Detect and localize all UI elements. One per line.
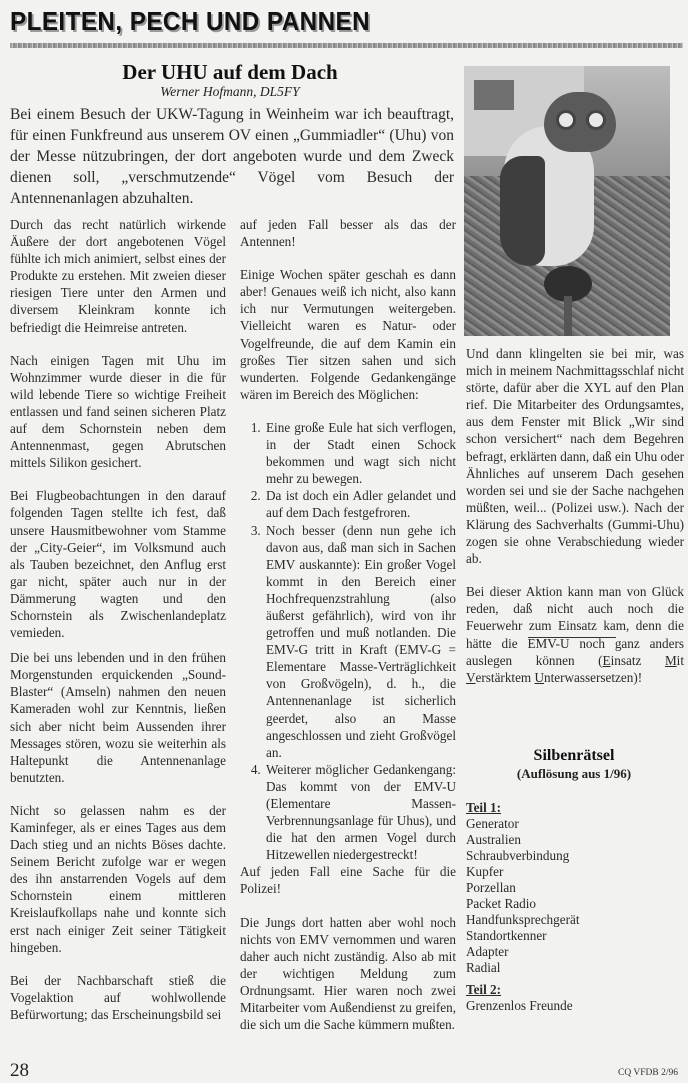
magazine-issue: CQ VFDB 2/96 bbox=[618, 1068, 678, 1078]
article-title: Der UHU auf dem Dach bbox=[0, 60, 460, 85]
text-run: erstärktem bbox=[476, 670, 535, 685]
paragraph: Nach einigen Tagen mit Uhu im Wohnzimmer… bbox=[10, 352, 226, 472]
underlined-letter: M bbox=[665, 653, 677, 668]
list-item: Packet Radio bbox=[466, 896, 684, 912]
underlined-letter: E bbox=[603, 653, 611, 668]
paragraph: Durch das recht natürlich wirkende Äußer… bbox=[10, 216, 226, 336]
text-run: insatz bbox=[611, 653, 665, 668]
puzzle-title: Silbenrätsel bbox=[460, 747, 688, 765]
paragraph: Bei der Nachbarschaft stieß die Vogelakt… bbox=[10, 972, 226, 1023]
list-item: Grenzenlos Freunde bbox=[466, 998, 684, 1014]
photo-window bbox=[474, 80, 514, 110]
column-1: Durch das recht natürlich wirkende Äußer… bbox=[10, 216, 226, 1039]
thoughts-list: Eine große Eule hat sich verflogen, in d… bbox=[240, 419, 456, 863]
owl-eye-icon bbox=[586, 110, 606, 130]
owl-stick bbox=[564, 296, 572, 336]
list-item: Eine große Eule hat sich verflogen, in d… bbox=[264, 419, 456, 487]
part2-label: Teil 2: bbox=[466, 982, 684, 998]
paragraph: Nicht so gelassen nahm es der Kaminfeger… bbox=[10, 802, 226, 956]
list-item: Noch besser (denn nun gehe ich davon aus… bbox=[264, 522, 456, 761]
puzzle-solution: Teil 1: Generator Australien Schraubverb… bbox=[466, 800, 684, 1014]
puzzle-subtitle: (Auflösung aus 1/96) bbox=[460, 766, 688, 782]
text-run: it bbox=[677, 653, 684, 668]
section-title: PLEITEN, PECH UND PANNEN bbox=[10, 6, 370, 37]
paragraph: Bei Flugbeobachtungen in den darauf folg… bbox=[10, 487, 226, 641]
paragraph: Bei dieser Aktion kann man von Glück red… bbox=[466, 583, 684, 686]
list-item: Handfunksprechgerät bbox=[466, 912, 684, 928]
column-3: Und dann klingelten sie bei mir, was mic… bbox=[466, 345, 684, 702]
list-item: Adapter bbox=[466, 944, 684, 960]
list-item: Porzellan bbox=[466, 880, 684, 896]
list-item: Radial bbox=[466, 960, 684, 976]
list-item: Australien bbox=[466, 832, 684, 848]
owl-wing bbox=[500, 156, 545, 266]
list-item: Standortkenner bbox=[466, 928, 684, 944]
paragraph: Und dann klingelten sie bei mir, was mic… bbox=[466, 345, 684, 567]
owl-photo bbox=[464, 66, 670, 336]
paragraph: Einige Wochen später geschah es dann abe… bbox=[240, 266, 456, 403]
owl-eye-icon bbox=[556, 110, 576, 130]
page-number: 28 bbox=[10, 1060, 29, 1082]
article-byline: Werner Hofmann, DL5FY bbox=[0, 84, 460, 100]
list-item: Da ist doch ein Adler gelandet und auf d… bbox=[264, 487, 456, 521]
divider bbox=[528, 637, 616, 638]
part2-list: Grenzenlos Freunde bbox=[466, 998, 684, 1014]
column-2: auf jeden Fall besser als das der Antenn… bbox=[240, 216, 456, 1049]
list-item: Generator bbox=[466, 816, 684, 832]
underlined-letter: U bbox=[534, 670, 544, 685]
list-item: Weiterer möglicher Gedankengang: Das kom… bbox=[264, 761, 456, 864]
part1-list: Generator Australien Schraubverbindung K… bbox=[466, 816, 684, 976]
list-item: Schraubverbindung bbox=[466, 848, 684, 864]
paragraph: Die bei uns lebenden und in den frühen M… bbox=[10, 649, 226, 786]
text-run: nterwassersetzen)! bbox=[544, 670, 642, 685]
paragraph: Auf jeden Fall eine Sache für die Polize… bbox=[240, 863, 456, 897]
article-lead: Bei einem Besuch der UKW-Tagung in Weinh… bbox=[10, 104, 454, 209]
paragraph: Die Jungs dort hatten aber wohl noch nic… bbox=[240, 914, 456, 1034]
part1-label: Teil 1: bbox=[466, 800, 684, 816]
section-rule bbox=[10, 43, 683, 48]
paragraph: auf jeden Fall besser als das der Antenn… bbox=[240, 216, 456, 250]
list-item: Kupfer bbox=[466, 864, 684, 880]
underlined-letter: V bbox=[466, 670, 476, 685]
